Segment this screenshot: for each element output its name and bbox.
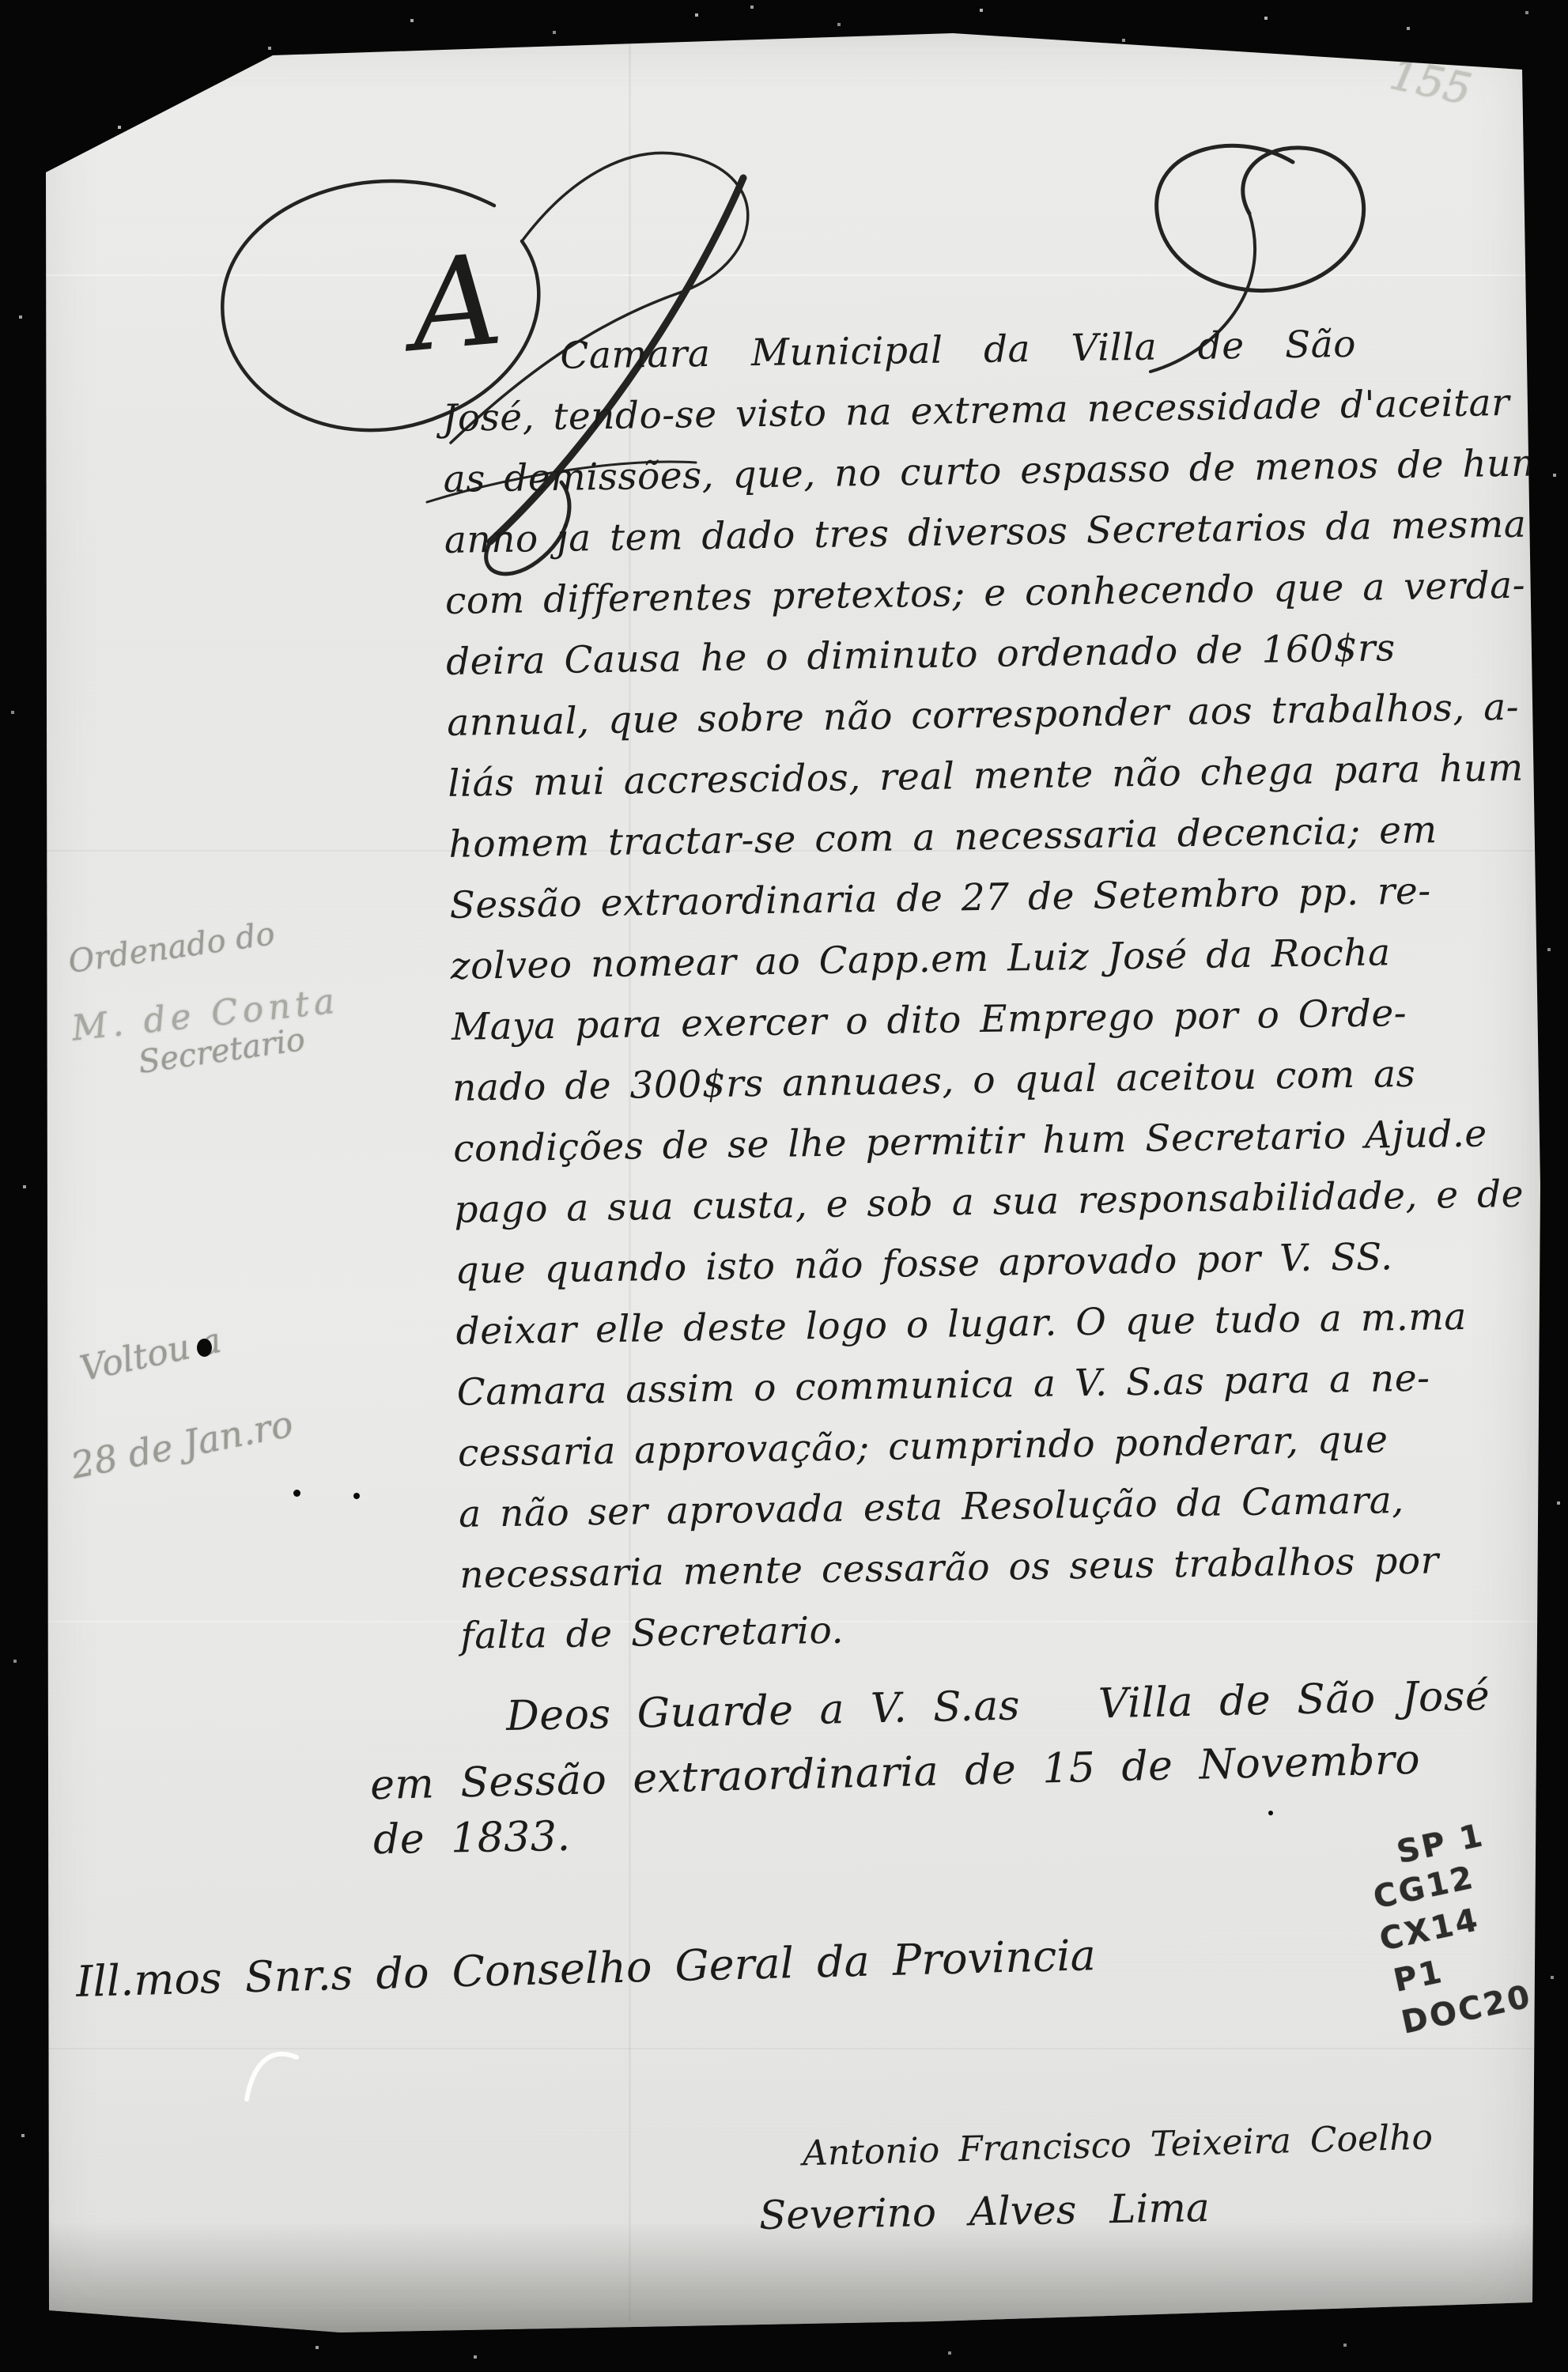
manuscript-page: 1. 7. 15 nov. 155 A Camara Municipal da … xyxy=(0,0,1568,2372)
docket-number: 1. 7. xyxy=(62,12,186,111)
date-note: 15 nov. xyxy=(164,11,303,62)
scanned-document: { "annotations": { "docket": "1. 7.", "d… xyxy=(0,0,1568,2372)
edge-shadow xyxy=(0,0,1568,2372)
scanner-dust-speckles xyxy=(0,0,2,2)
